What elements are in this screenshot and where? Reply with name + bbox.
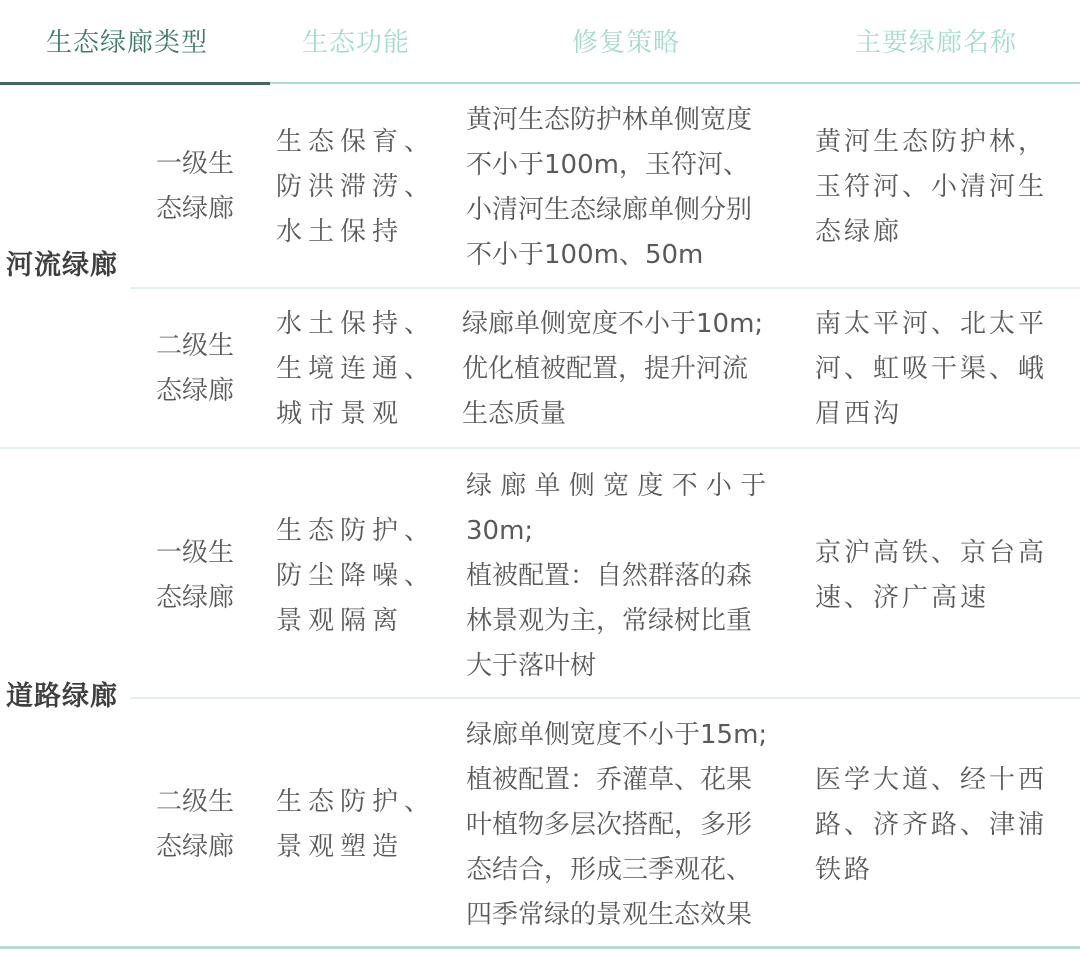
category-river-corridor: 河流绿廊 xyxy=(6,243,118,288)
header-underline-active xyxy=(0,82,270,85)
level-cell: 二级生 态绿廊 xyxy=(156,780,256,870)
row-divider xyxy=(130,287,1080,289)
level-cell: 二级生 态绿廊 xyxy=(156,324,256,414)
table-header: 生态绿廊类型 生态功能 修复策略 主要绿廊名称 xyxy=(0,0,1080,84)
function-cell: 水土保持、 生境连通、 城市景观 xyxy=(276,302,451,437)
function-cell: 生态防护、 防尘降噪、 景观隔离 xyxy=(276,509,451,644)
names-cell: 京沪高铁、京台高 速、济广高速 xyxy=(815,531,1077,621)
strategy-cell: 绿 廊 单 侧 宽 度 不 小 于 30m; 植被配置：自然群落的森 林景观为主… xyxy=(466,464,811,689)
header-corridor-names: 主要绿廊名称 xyxy=(855,22,1017,59)
table-bottom-border xyxy=(0,946,1080,949)
strategy-cell: 绿廊单侧宽度不小于10m; 优化植被配置，提升河流 生态质量 xyxy=(462,302,807,437)
category-road-corridor: 道路绿廊 xyxy=(6,674,118,719)
function-cell: 生态保育、 防洪滞涝、 水土保持 xyxy=(276,120,451,255)
names-cell: 黄河生态防护林， 玉符河、小清河生 态绿廊 xyxy=(815,120,1077,255)
function-cell: 生态防护、 景观塑造 xyxy=(276,780,451,870)
header-restoration-strategy: 修复策略 xyxy=(572,22,680,59)
header-eco-function: 生态功能 xyxy=(302,22,410,59)
group-divider xyxy=(0,447,1080,449)
level-cell: 一级生 态绿廊 xyxy=(156,142,256,232)
header-corridor-type: 生态绿廊类型 xyxy=(46,22,208,59)
names-cell: 南太平河、北太平 河、虹吸干渠、峨 眉西沟 xyxy=(815,302,1077,437)
level-cell: 一级生 态绿廊 xyxy=(156,531,256,621)
strategy-cell: 绿廊单侧宽度不小于15m; 植被配置：乔灌草、花果 叶植物多层次搭配，多形 态结… xyxy=(466,713,811,938)
strategy-cell: 黄河生态防护林单侧宽度 不小于100m，玉符河、 小清河生态绿廊单侧分别 不小于… xyxy=(466,98,811,278)
row-divider xyxy=(130,697,1080,699)
names-cell: 医学大道、经十西 路、济齐路、津浦 铁路 xyxy=(815,758,1077,893)
header-underline xyxy=(270,82,1080,84)
